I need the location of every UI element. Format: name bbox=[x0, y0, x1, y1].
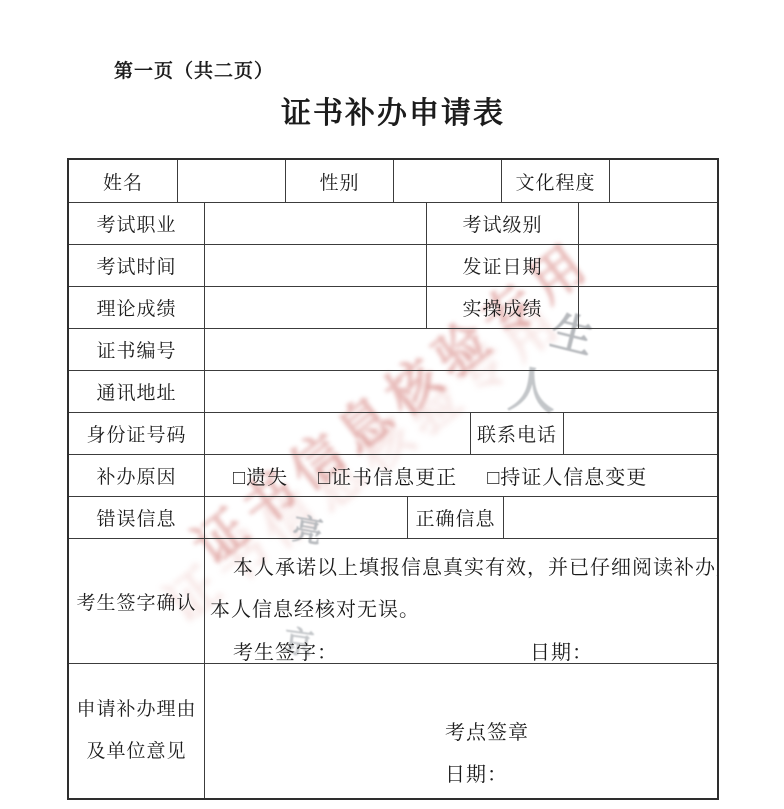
document-page: 证书信息核验专用 证书信息核验专用 生 人 亮 京 第一页（共二页） 证书补办申… bbox=[0, 0, 784, 809]
site-seal-label: 考点签章 bbox=[445, 716, 529, 745]
table-row: 错误信息 正确信息 bbox=[69, 496, 717, 538]
wrong-info-label: 错误信息 bbox=[69, 497, 204, 538]
education-value-cell bbox=[609, 160, 717, 202]
table-row: 理论成绩 实操成绩 bbox=[69, 286, 717, 328]
theory-score-label: 理论成绩 bbox=[69, 287, 204, 328]
gender-label: 性别 bbox=[285, 160, 393, 202]
exam-level-label: 考试级别 bbox=[426, 203, 578, 244]
exam-level-value-cell bbox=[578, 203, 717, 244]
gender-value-cell bbox=[393, 160, 501, 202]
declaration-line2: 本人信息经核对无误。 bbox=[205, 593, 717, 622]
reissue-reason-label: 补办原因 bbox=[69, 455, 204, 496]
table-row: 考试职业 考试级别 bbox=[69, 202, 717, 244]
theory-score-value-cell bbox=[204, 287, 426, 328]
cert-no-value-cell bbox=[204, 329, 717, 370]
table-row: 通讯地址 bbox=[69, 370, 717, 412]
education-label: 文化程度 bbox=[501, 160, 609, 202]
phone-value-cell bbox=[563, 413, 717, 454]
checkbox-option-cert-correction: □证书信息更正 bbox=[318, 461, 457, 490]
correct-info-label: 正确信息 bbox=[407, 497, 503, 538]
reissue-reason-options: □遗失 □证书信息更正 □持证人信息变更 bbox=[204, 455, 717, 496]
practical-score-label: 实操成绩 bbox=[426, 287, 578, 328]
checkbox-option-lost: □遗失 bbox=[233, 461, 288, 490]
page-indicator: 第一页（共二页） bbox=[114, 56, 274, 83]
table-row: 申请补办理由 及单位意见 考点签章 日期： bbox=[69, 663, 717, 798]
exam-time-value-cell bbox=[204, 245, 426, 286]
table-row: 证书编号 bbox=[69, 328, 717, 370]
page-title: 证书补办申请表 bbox=[67, 88, 719, 132]
seal-date-label: 日期： bbox=[445, 758, 508, 787]
cert-no-label: 证书编号 bbox=[69, 329, 204, 370]
signature-line: 考生签字： 日期： bbox=[205, 636, 717, 663]
practical-score-value-cell bbox=[578, 287, 717, 328]
correct-info-value-cell bbox=[503, 497, 717, 538]
application-form-table: 姓名 性别 文化程度 考试职业 考试级别 考试时间 发证日期 理论成绩 实操成绩 bbox=[67, 158, 719, 800]
issue-date-value-cell bbox=[578, 245, 717, 286]
application-reason-label-line2: 及单位意见 bbox=[86, 731, 186, 773]
signature-date-label: 日期： bbox=[530, 636, 593, 663]
exam-occupation-value-cell bbox=[204, 203, 426, 244]
name-label: 姓名 bbox=[69, 160, 177, 202]
address-label: 通讯地址 bbox=[69, 371, 204, 412]
unit-opinion-content: 考点签章 日期： bbox=[204, 664, 717, 798]
wrong-info-value-cell bbox=[204, 497, 407, 538]
table-row: 姓名 性别 文化程度 bbox=[69, 160, 717, 202]
exam-time-label: 考试时间 bbox=[69, 245, 204, 286]
application-reason-label-line1: 申请补办理由 bbox=[76, 689, 196, 731]
application-reason-label: 申请补办理由 及单位意见 bbox=[69, 664, 204, 798]
signature-confirm-content: 本人承诺以上填报信息真实有效，并已仔细阅读补办须知， 本人信息经核对无误。 考生… bbox=[204, 539, 717, 663]
exam-occupation-label: 考试职业 bbox=[69, 203, 204, 244]
declaration-line1: 本人承诺以上填报信息真实有效，并已仔细阅读补办须知， bbox=[205, 551, 717, 580]
name-value-cell bbox=[177, 160, 285, 202]
address-value-cell bbox=[204, 371, 717, 412]
issue-date-label: 发证日期 bbox=[426, 245, 578, 286]
phone-label: 联系电话 bbox=[470, 413, 563, 454]
id-no-value-cell bbox=[204, 413, 470, 454]
table-row: 补办原因 □遗失 □证书信息更正 □持证人信息变更 bbox=[69, 454, 717, 496]
table-row: 身份证号码 联系电话 bbox=[69, 412, 717, 454]
table-row: 考试时间 发证日期 bbox=[69, 244, 717, 286]
table-row: 考生签字确认 本人承诺以上填报信息真实有效，并已仔细阅读补办须知， 本人信息经核… bbox=[69, 538, 717, 663]
signature-confirm-label: 考生签字确认 bbox=[69, 539, 204, 663]
id-no-label: 身份证号码 bbox=[69, 413, 204, 454]
checkbox-option-holder-change: □持证人信息变更 bbox=[487, 461, 647, 490]
candidate-signature-label: 考生签字： bbox=[233, 642, 338, 663]
